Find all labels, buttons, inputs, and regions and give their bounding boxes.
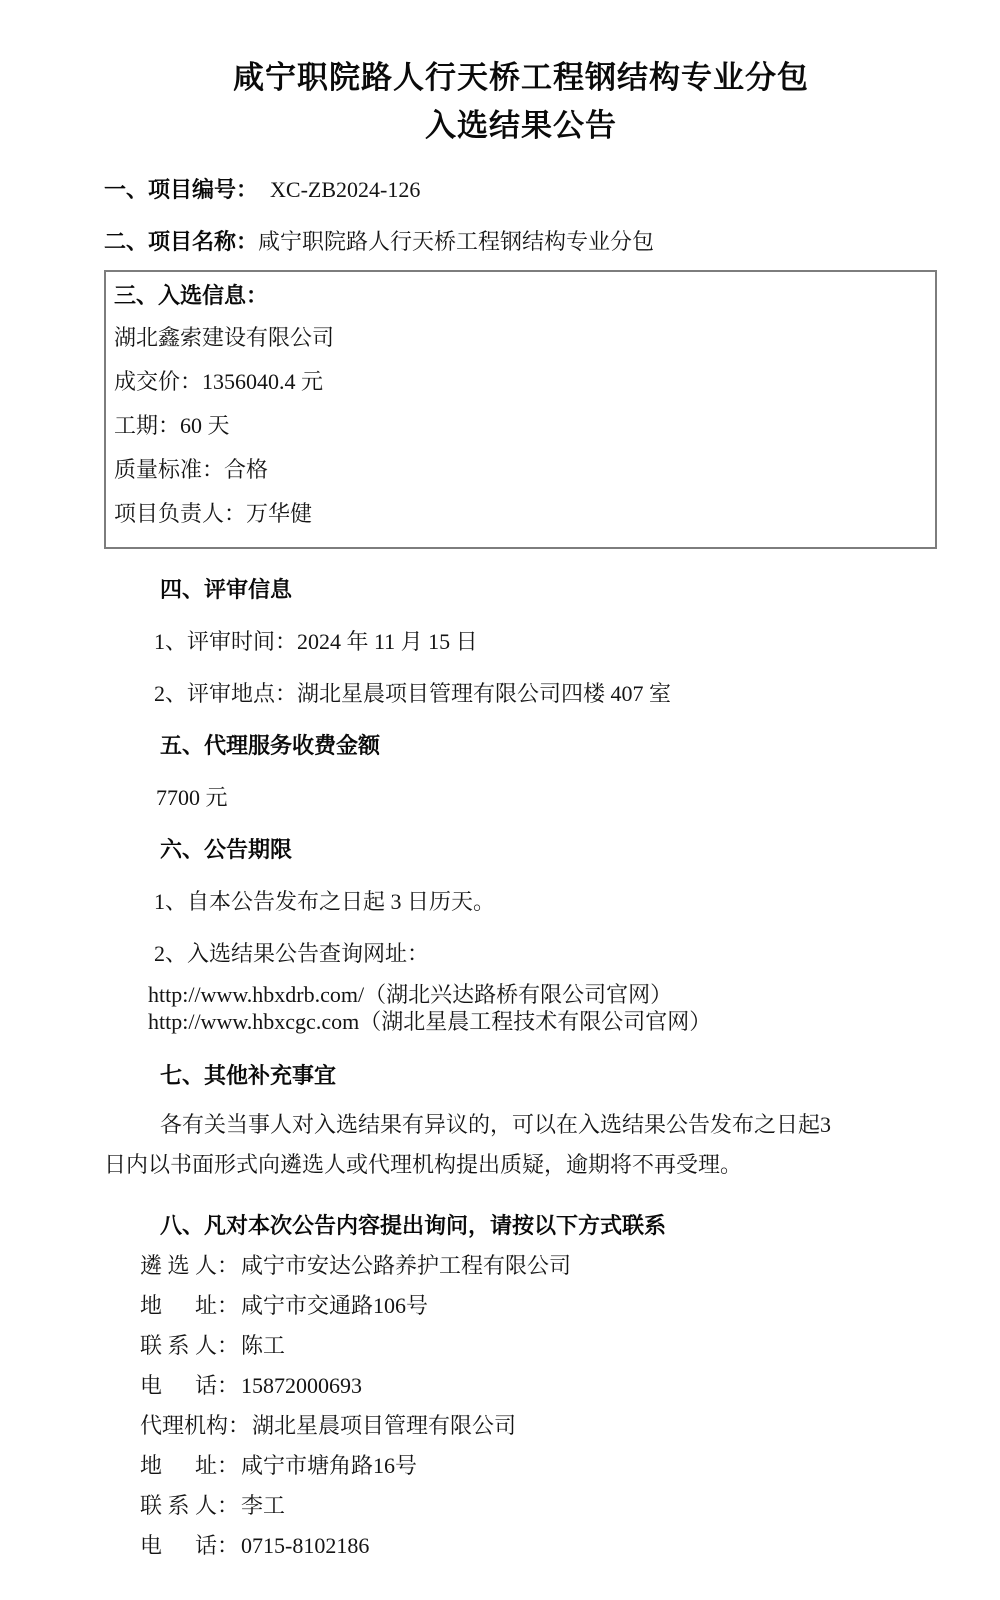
agency-address-value: 咸宁市塘角路16号 — [241, 1453, 417, 1478]
deal-price-line: 成交价：1356040.4 元 — [114, 371, 917, 393]
contact-row-agency-person: 联 系 人：李工 — [140, 1495, 938, 1517]
contact-row-agency: 代理机构：湖北星晨项目管理有限公司 — [140, 1415, 938, 1437]
review-time-item: 1、评审时间：2024 年 11 月 15 日 — [154, 631, 938, 653]
agency-label: 代理机构： — [140, 1413, 250, 1438]
project-manager-line: 项目负责人：万华健 — [114, 503, 917, 525]
construction-period-line: 工期：60 天 — [114, 415, 917, 437]
project-number-value: XC-ZB2024-126 — [270, 177, 420, 202]
other-matters-heading: 七、其他补充事宜 — [160, 1065, 938, 1087]
selector-label: 遴 选 人： — [140, 1253, 239, 1278]
agency-address-label: 地 址： — [140, 1453, 239, 1478]
contact-row-selector-person: 联 系 人：陈工 — [140, 1335, 938, 1357]
project-name-line: 二、项目名称：咸宁职院路人行天桥工程钢结构专业分包 — [104, 231, 938, 253]
review-info-heading: 四、评审信息 — [160, 579, 938, 601]
project-number-label: 一、项目编号： — [104, 177, 258, 202]
agency-fee-heading: 五、代理服务收费金额 — [160, 735, 938, 757]
quality-standard-line: 质量标准：合格 — [114, 459, 917, 481]
objection-paragraph-line2: 日内以书面形式向遴选人或代理机构提出质疑，逾期将不再受理。 — [104, 1145, 938, 1185]
announcement-period-item: 1、自本公告发布之日起 3 日历天。 — [154, 891, 938, 913]
agency-fee-value: 7700 元 — [156, 787, 938, 809]
agency-phone-value: 0715-8102186 — [241, 1533, 369, 1558]
contact-row-agency-address: 地 址：咸宁市塘角路16号 — [140, 1455, 938, 1477]
selection-info-heading: 三、入选信息： — [114, 285, 917, 307]
selection-info-box: 三、入选信息： 湖北鑫索建设有限公司 成交价：1356040.4 元 工期：60… — [104, 270, 937, 549]
review-location-item: 2、评审地点：湖北星晨项目管理有限公司四楼 407 室 — [154, 683, 938, 705]
selector-person-label: 联 系 人： — [140, 1333, 239, 1358]
contact-section-heading: 八、凡对本次公告内容提出询问，请按以下方式联系 — [160, 1215, 938, 1237]
selector-person-value: 陈工 — [241, 1333, 285, 1358]
selector-value: 咸宁市安达公路养护工程有限公司 — [241, 1253, 571, 1278]
objection-paragraph: 各有关当事人对入选结果有异议的，可以在入选结果公告发布之日起3 日内以书面形式向… — [104, 1105, 938, 1185]
winner-company-name: 湖北鑫索建设有限公司 — [114, 327, 917, 349]
contact-row-agency-phone: 电 话：0715-8102186 — [140, 1535, 938, 1557]
agency-person-label: 联 系 人： — [140, 1493, 239, 1518]
contact-row-selector: 遴 选 人：咸宁市安达公路养护工程有限公司 — [140, 1255, 938, 1277]
selector-address-value: 咸宁市交通路106号 — [241, 1293, 428, 1318]
project-name-value: 咸宁职院路人行天桥工程钢结构专业分包 — [258, 229, 654, 254]
project-name-label: 二、项目名称： — [104, 229, 258, 254]
agency-value: 湖北星晨项目管理有限公司 — [252, 1413, 516, 1438]
selector-phone-label: 电 话： — [140, 1373, 239, 1398]
announcement-period-heading: 六、公告期限 — [160, 839, 938, 861]
selector-phone-value: 15872000693 — [241, 1373, 362, 1398]
project-number-line: 一、项目编号：XC-ZB2024-126 — [104, 179, 938, 201]
contact-row-selector-address: 地 址：咸宁市交通路106号 — [140, 1295, 938, 1317]
document-title-line2: 入选结果公告 — [104, 110, 938, 141]
announcement-document: 咸宁职院路人行天桥工程钢结构专业分包 入选结果公告 一、项目编号：XC-ZB20… — [0, 0, 1000, 1600]
contact-row-selector-phone: 电 话：15872000693 — [140, 1375, 938, 1397]
result-query-url-item: 2、入选结果公告查询网址： — [154, 943, 938, 965]
agency-person-value: 李工 — [241, 1493, 285, 1518]
objection-paragraph-line1: 各有关当事人对入选结果有异议的，可以在入选结果公告发布之日起3 — [104, 1105, 938, 1145]
document-title-line1: 咸宁职院路人行天桥工程钢结构专业分包 — [104, 62, 938, 93]
selector-address-label: 地 址： — [140, 1293, 239, 1318]
query-url-2: http://www.hbxcgc.com（湖北星晨工程技术有限公司官网） — [148, 1008, 938, 1035]
agency-phone-label: 电 话： — [140, 1533, 239, 1558]
result-query-urls: http://www.hbxdrb.com/（湖北兴达路桥有限公司官网） htt… — [104, 981, 938, 1035]
query-url-1: http://www.hbxdrb.com/（湖北兴达路桥有限公司官网） — [148, 981, 938, 1008]
